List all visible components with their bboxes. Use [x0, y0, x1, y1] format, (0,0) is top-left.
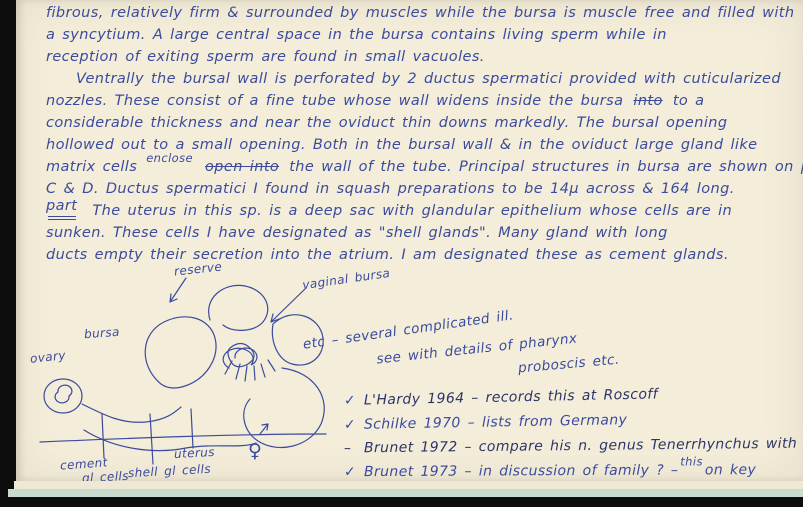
text-line: sunken. These cells I have designated as… [46, 222, 803, 244]
inserted-word: this [680, 454, 703, 468]
check-icon: ✓ [344, 464, 364, 480]
text-line: reception of exiting sperm are found in … [46, 46, 803, 68]
text-line: considerable thickness and near the ovid… [46, 112, 803, 134]
sketch-label-uterus: uterus [174, 445, 216, 461]
text-line: Ventrally the bursal wall is perforated … [46, 68, 803, 90]
margin-word: part [46, 200, 77, 213]
side-note-3: proboscis etc. [517, 352, 620, 377]
text-segment: nozzles. These consist of a fine tube wh… [46, 93, 623, 109]
reference-text-tail: on key [705, 462, 756, 478]
scratched-out-word [48, 214, 76, 220]
page-edge-green [8, 489, 803, 497]
text-line: fibrous, relatively firm & surrounded by… [46, 2, 803, 24]
struck-word: into [633, 93, 662, 109]
index-card: fibrous, relatively firm & surrounded by… [16, 0, 803, 481]
reference-text: Brunet 1972 – compare his n. genus Tener… [364, 436, 797, 457]
text-line: C & D. Ductus spermatici I found in squa… [46, 178, 803, 200]
text-line: matrix cells enclose open into the wall … [46, 156, 803, 178]
text-segment: matrix cells [46, 159, 137, 175]
margin-insertion: part [46, 200, 77, 220]
reference-text: Brunet 1973 – in discussion of family ? … [364, 462, 678, 480]
inserted-word: enclose [146, 151, 193, 165]
dash-icon: – [344, 440, 364, 456]
page-edge-cream [14, 481, 803, 489]
reference-list: ✓ L'Hardy 1964 – records this at Roscoff… [344, 388, 803, 488]
struck-word: open into [205, 159, 279, 175]
main-text: fibrous, relatively firm & surrounded by… [46, 2, 803, 266]
text-segment: The uterus in this sp. is a deep sac wit… [92, 203, 732, 219]
female-symbol: ♀ [248, 440, 262, 462]
sketch-label-bursa: bursa [84, 325, 121, 341]
text-segment: the wall of the tube. Principal structur… [289, 159, 803, 175]
check-icon: ✓ [344, 393, 364, 409]
reference-text: Schilke 1970 – lists from Germany [364, 412, 628, 433]
reference-text: L'Hardy 1964 – records this at Roscoff [364, 386, 658, 408]
scanned-notebook-page: fibrous, relatively firm & surrounded by… [0, 0, 803, 507]
text-line: part The uterus in this sp. is a deep sa… [46, 200, 803, 222]
text-line: a syncytium. A large central space in th… [46, 24, 803, 46]
text-segment: to a [673, 93, 705, 109]
text-line: nozzles. These consist of a fine tube wh… [46, 90, 803, 112]
check-icon: ✓ [344, 417, 364, 433]
reference-item: – Brunet 1972 – compare his n. genus Ten… [344, 436, 803, 466]
